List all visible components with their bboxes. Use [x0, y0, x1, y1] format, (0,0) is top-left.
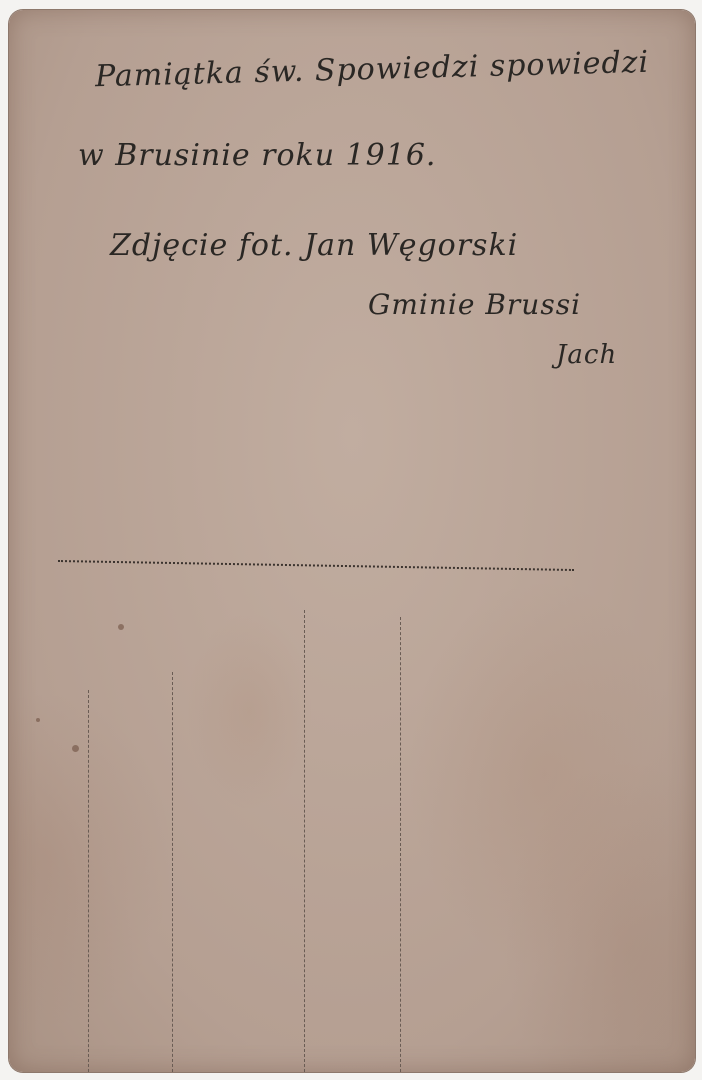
dashed-column-line: [304, 610, 305, 1072]
handwritten-line-5: Jach: [556, 340, 617, 370]
stain-spot: [36, 718, 40, 722]
dashed-column-line: [172, 672, 173, 1072]
handwritten-line-2: w Brusinie roku 1916.: [78, 138, 436, 173]
stain-spot: [72, 745, 79, 752]
dashed-column-line: [88, 690, 89, 1072]
handwritten-line-3: Zdjęcie fot. Jan Węgorski: [110, 228, 518, 263]
stain-spot: [118, 624, 124, 630]
dashed-column-line: [400, 617, 401, 1072]
handwritten-line-4: Gminie Brussi: [368, 288, 581, 321]
